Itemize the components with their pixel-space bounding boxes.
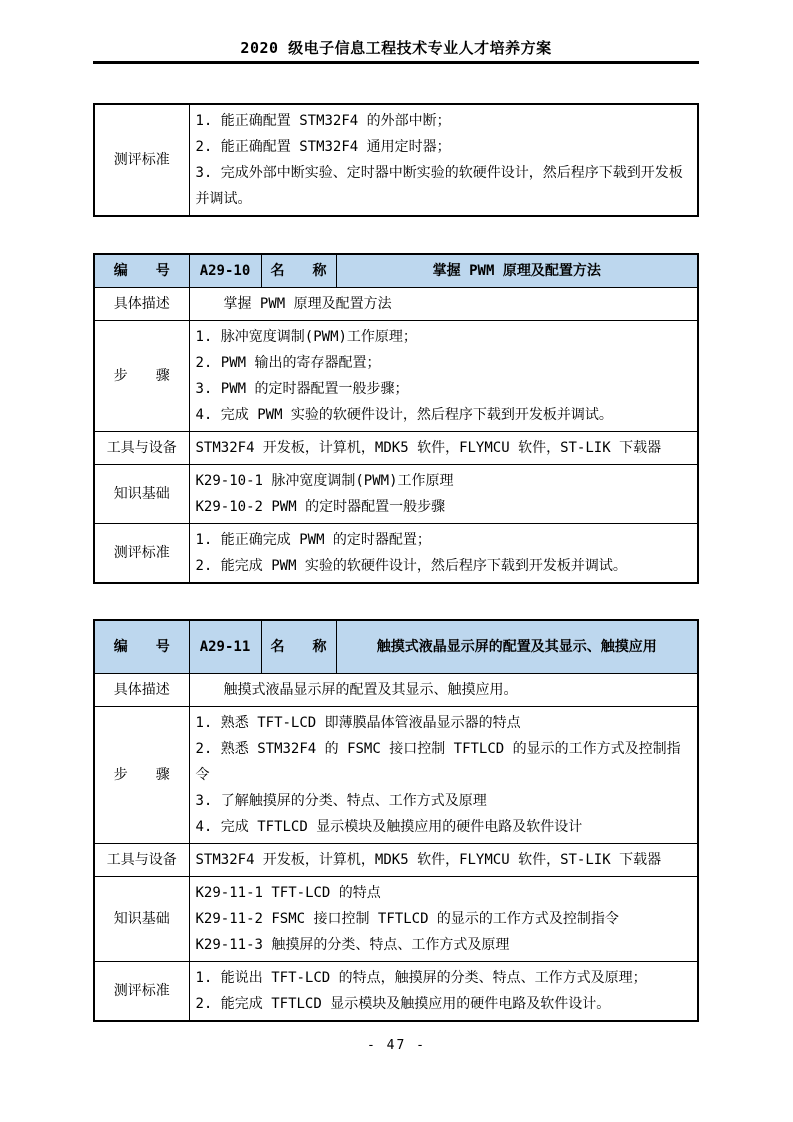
content-line: STM32F4 开发板，计算机，MDK5 软件，FLYMCU 软件，ST-LIK… xyxy=(196,435,692,461)
content-line: 2. PWM 输出的寄存器配置； xyxy=(196,350,692,376)
task-name-label: 名 称 xyxy=(261,254,336,288)
content-line: 2. 能正确配置 STM32F4 通用定时器； xyxy=(196,134,692,160)
row-content: 1. 熟悉 TFT-LCD 即薄膜晶体管液晶显示器的特点 2. 熟悉 STM32… xyxy=(189,706,698,843)
content-line: 4. 完成 PWM 实验的软硬件设计，然后程序下载到开发板并调试。 xyxy=(196,402,692,428)
row-label: 知识基础 xyxy=(94,876,189,961)
table-row: 知识基础 K29-10-1 脉冲宽度调制(PWM)工作原理 K29-10-2 P… xyxy=(94,465,698,524)
content-line: 3. PWM 的定时器配置一般步骤； xyxy=(196,376,692,402)
task-id-value: A29-11 xyxy=(189,620,261,673)
task-name-value: 触摸式液晶显示屏的配置及其显示、触摸应用 xyxy=(336,620,698,673)
task-header-row: 编 号 A29-10 名 称 掌握 PWM 原理及配置方法 xyxy=(94,254,698,288)
task-header-row: 编 号 A29-11 名 称 触摸式液晶显示屏的配置及其显示、触摸应用 xyxy=(94,620,698,673)
content-line: 4. 完成 TFTLCD 显示模块及触摸应用的硬件电路及软件设计 xyxy=(196,814,692,840)
table-row: 工具与设备 STM32F4 开发板，计算机，MDK5 软件，FLYMCU 软件，… xyxy=(94,843,698,876)
task-table-a29-10: 编 号 A29-10 名 称 掌握 PWM 原理及配置方法 具体描述 掌握 PW… xyxy=(93,253,699,584)
content-line: 1. 能正确配置 STM32F4 的外部中断； xyxy=(196,108,692,134)
row-label: 知识基础 xyxy=(94,465,189,524)
content-line: STM32F4 开发板，计算机，MDK5 软件，FLYMCU 软件，ST-LIK… xyxy=(196,847,692,873)
row-content: K29-10-1 脉冲宽度调制(PWM)工作原理 K29-10-2 PWM 的定… xyxy=(189,465,698,524)
table-row: 测评标准 1. 能正确配置 STM32F4 的外部中断； 2. 能正确配置 ST… xyxy=(94,104,698,216)
table-row: 工具与设备 STM32F4 开发板，计算机，MDK5 软件，FLYMCU 软件，… xyxy=(94,432,698,465)
content-line: 2. 熟悉 STM32F4 的 FSMC 接口控制 TFTLCD 的显示的工作方… xyxy=(196,736,692,788)
row-label: 具体描述 xyxy=(94,288,189,321)
row-label: 步 骤 xyxy=(94,321,189,432)
table-row: 测评标准 1. 能说出 TFT-LCD 的特点，触摸屏的分类、特点、工作方式及原… xyxy=(94,961,698,1021)
row-content: 1. 能说出 TFT-LCD 的特点，触摸屏的分类、特点、工作方式及原理； 2.… xyxy=(189,961,698,1021)
content-line: 2. 能完成 TFTLCD 显示模块及触摸应用的硬件电路及软件设计。 xyxy=(196,991,692,1017)
content-line: 3. 了解触摸屏的分类、特点、工作方式及原理 xyxy=(196,788,692,814)
content-line: K29-11-1 TFT-LCD 的特点 xyxy=(196,880,692,906)
content-line: 掌握 PWM 原理及配置方法 xyxy=(196,291,692,317)
table-row: 知识基础 K29-11-1 TFT-LCD 的特点 K29-11-2 FSMC … xyxy=(94,876,698,961)
header-double-rule xyxy=(93,61,699,64)
content-line: 1. 能说出 TFT-LCD 的特点，触摸屏的分类、特点、工作方式及原理； xyxy=(196,965,692,991)
row-content: K29-11-1 TFT-LCD 的特点 K29-11-2 FSMC 接口控制 … xyxy=(189,876,698,961)
task-id-value: A29-10 xyxy=(189,254,261,288)
row-content: STM32F4 开发板，计算机，MDK5 软件，FLYMCU 软件，ST-LIK… xyxy=(189,843,698,876)
row-content: 触摸式液晶显示屏的配置及其显示、触摸应用。 xyxy=(189,673,698,706)
task-name-label: 名 称 xyxy=(261,620,336,673)
row-label: 测评标准 xyxy=(94,104,189,216)
table-row: 具体描述 掌握 PWM 原理及配置方法 xyxy=(94,288,698,321)
task-id-label: 编 号 xyxy=(94,254,189,288)
row-label: 工具与设备 xyxy=(94,432,189,465)
task-id-label: 编 号 xyxy=(94,620,189,673)
content-line: K29-11-3 触摸屏的分类、特点、工作方式及原理 xyxy=(196,932,692,958)
table-row: 步 骤 1. 熟悉 TFT-LCD 即薄膜晶体管液晶显示器的特点 2. 熟悉 S… xyxy=(94,706,698,843)
table-row: 步 骤 1. 脉冲宽度调制(PWM)工作原理； 2. PWM 输出的寄存器配置；… xyxy=(94,321,698,432)
row-content: 1. 能正确配置 STM32F4 的外部中断； 2. 能正确配置 STM32F4… xyxy=(189,104,698,216)
content-line: K29-10-1 脉冲宽度调制(PWM)工作原理 xyxy=(196,468,692,494)
row-label: 测评标准 xyxy=(94,961,189,1021)
content-line: K29-11-2 FSMC 接口控制 TFTLCD 的显示的工作方式及控制指令 xyxy=(196,906,692,932)
document-page: 2020 级电子信息工程技术专业人才培养方案 测评标准 1. 能正确配置 STM… xyxy=(0,0,793,1122)
content-line: 触摸式液晶显示屏的配置及其显示、触摸应用。 xyxy=(196,677,692,703)
row-label: 工具与设备 xyxy=(94,843,189,876)
content-line: 1. 熟悉 TFT-LCD 即薄膜晶体管液晶显示器的特点 xyxy=(196,710,692,736)
table-row: 具体描述 触摸式液晶显示屏的配置及其显示、触摸应用。 xyxy=(94,673,698,706)
page-number: - 47 - xyxy=(0,1038,793,1053)
task-table-a29-11: 编 号 A29-11 名 称 触摸式液晶显示屏的配置及其显示、触摸应用 具体描述… xyxy=(93,619,699,1022)
row-content: 掌握 PWM 原理及配置方法 xyxy=(189,288,698,321)
row-content: 1. 脉冲宽度调制(PWM)工作原理； 2. PWM 输出的寄存器配置； 3. … xyxy=(189,321,698,432)
continuation-table: 测评标准 1. 能正确配置 STM32F4 的外部中断； 2. 能正确配置 ST… xyxy=(93,103,699,217)
content-line: 2. 能完成 PWM 实验的软硬件设计，然后程序下载到开发板并调试。 xyxy=(196,553,692,579)
content-line: K29-10-2 PWM 的定时器配置一般步骤 xyxy=(196,494,692,520)
row-content: 1. 能正确完成 PWM 的定时器配置； 2. 能完成 PWM 实验的软硬件设计… xyxy=(189,524,698,584)
row-label: 步 骤 xyxy=(94,706,189,843)
table-row: 测评标准 1. 能正确完成 PWM 的定时器配置； 2. 能完成 PWM 实验的… xyxy=(94,524,698,584)
content-line: 1. 脉冲宽度调制(PWM)工作原理； xyxy=(196,324,692,350)
row-label: 具体描述 xyxy=(94,673,189,706)
row-label: 测评标准 xyxy=(94,524,189,584)
page-content: 2020 级电子信息工程技术专业人才培养方案 测评标准 1. 能正确配置 STM… xyxy=(93,0,699,1022)
page-header-title: 2020 级电子信息工程技术专业人才培养方案 xyxy=(93,0,699,58)
content-line: 1. 能正确完成 PWM 的定时器配置； xyxy=(196,527,692,553)
content-line: 3. 完成外部中断实验、定时器中断实验的软硬件设计，然后程序下载到开发板并调试。 xyxy=(196,160,692,212)
row-content: STM32F4 开发板，计算机，MDK5 软件，FLYMCU 软件，ST-LIK… xyxy=(189,432,698,465)
task-name-value: 掌握 PWM 原理及配置方法 xyxy=(336,254,698,288)
